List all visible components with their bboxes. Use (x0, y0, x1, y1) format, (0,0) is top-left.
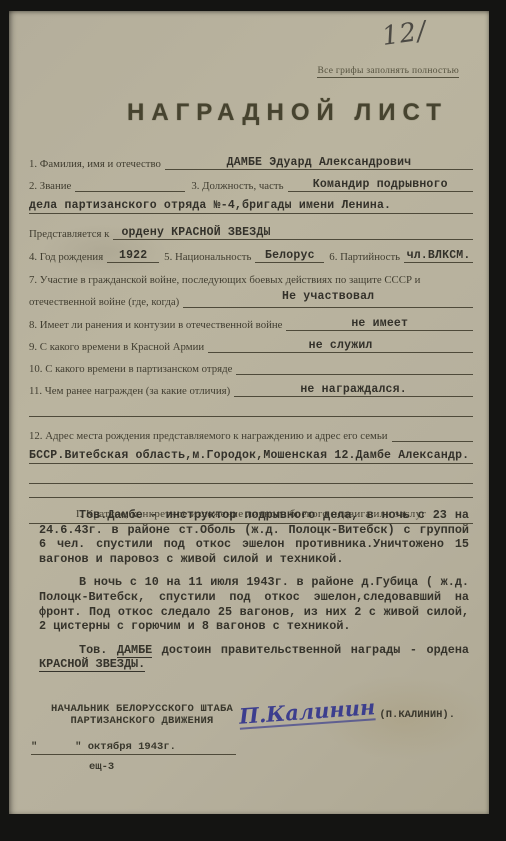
field-surname-row: 1. Фамилия, имя и отечество ДАМБЕ Эдуард… (29, 156, 473, 170)
field-nationality-label: 5. Национальность (159, 251, 255, 263)
field-prior-awards-row: 11. Чем ранее награжден (за какие отличи… (29, 383, 473, 397)
blank-rule-3 (29, 490, 473, 498)
field-wounds-line: не имеет (286, 317, 473, 331)
field-civil-war-label-line2: отечественной войне (где, когда) (29, 296, 183, 308)
field-prior-awards-line: не награждался. (234, 383, 473, 397)
field-red-army-line: не служил (208, 339, 473, 353)
field-wounds-value: не имеет (351, 317, 408, 330)
document-title: НАГРАДНОЙ ЛИСТ (127, 99, 448, 127)
citation-p3-prefix: Тов. (79, 643, 117, 657)
document-code: ещ-3 (89, 761, 477, 773)
field-red-army-value: не служил (309, 339, 373, 352)
field-red-army-label: 9. С какого времени в Красной Армии (29, 341, 208, 353)
field-civil-war-row-2: отечественной войне (где, когда) Не учас… (29, 294, 473, 308)
field-address-value: БССР.Витебская область,м.Городок,Мошенск… (29, 449, 473, 464)
blank-rule-2 (29, 470, 473, 484)
field-surname-label: 1. Фамилия, имя и отечество (29, 158, 165, 170)
citation-p3-middle: достоин правительственной награды - орде… (152, 643, 469, 657)
citation-body: Тов.Дамбе - инструктор подрывного дела, … (39, 508, 469, 681)
field-birthyear-value: 1922 (119, 249, 147, 262)
field-wounds-label: 8. Имеет ли ранения и контузии в отечест… (29, 319, 286, 331)
field-wounds-row: 8. Имеет ли ранения и контузии в отечест… (29, 317, 473, 331)
signatory-title: НАЧАЛЬНИК БЕЛОРУССКОГО ШТАБА ПАРТИЗАНСКО… (51, 703, 233, 727)
field-address-row: 12. Адрес места рождения представляемого… (29, 429, 473, 442)
signature-row: НАЧАЛЬНИК БЕЛОРУССКОГО ШТАБА ПАРТИЗАНСКО… (51, 703, 477, 727)
citation-p3-award: КРАСНОЙ ЗВЕЗДЫ. (39, 657, 145, 672)
signature-block: НАЧАЛЬНИК БЕЛОРУССКОГО ШТАБА ПАРТИЗАНСКО… (51, 703, 477, 773)
field-birthyear-line: 1922 (107, 249, 159, 263)
document-page: 12/ Все грифы заполнять полностью НАГРАД… (9, 11, 489, 814)
fill-all-fields-note: Все грифы заполнять полностью (317, 66, 459, 78)
field-partisan-since-row: 10. С какого времени в партизанском отря… (29, 362, 473, 375)
field-nationality-line: Белорус (255, 249, 324, 263)
field-civil-war-row-1: 7. Участие в гражданской войне, последую… (29, 273, 473, 286)
field-civil-war-label-line1: 7. Участие в гражданской войне, последую… (29, 274, 424, 286)
field-birth-nationality-party-row: 4. Год рождения 1922 5. Национальность Б… (29, 249, 473, 263)
field-position-value: Командир подрывного (313, 178, 448, 191)
field-civil-war-line: Не участвовал (183, 294, 473, 308)
field-rank-line (75, 191, 185, 192)
field-rank-label: 2. Звание (29, 180, 75, 192)
field-rank-position-row: 2. Звание 3. Должность, часть Командир п… (29, 178, 473, 192)
field-surname-line: ДАМБЕ Эдуард Александрович (165, 156, 473, 170)
signatory-typed-name: (П.КАЛИНИН). (379, 709, 455, 721)
field-partisan-since-label: 10. С какого времени в партизанском отря… (29, 363, 236, 375)
field-surname-value: ДАМБЕ Эдуард Александрович (227, 156, 412, 169)
field-nationality-value: Белорус (265, 249, 315, 262)
field-address-label: 12. Адрес места рождения представляемого… (29, 430, 392, 442)
signatory-title-line1: НАЧАЛЬНИК БЕЛОРУССКОГО ШТАБА (51, 703, 233, 715)
form-fields: 1. Фамилия, имя и отечество ДАМБЕ Эдуард… (29, 147, 473, 524)
date-line: " " октября 1943г. (31, 741, 236, 755)
citation-p3-surname: ДАМБЕ (117, 643, 152, 658)
field-nominated-label: Представляется к (29, 228, 113, 240)
signatory-title-line2: ПАРТИЗАНСКОГО ДВИЖЕНИЯ (51, 715, 233, 727)
field-party-line: чл.ВЛКСМ. (404, 249, 473, 263)
field-prior-awards-label: 11. Чем ранее награжден (за какие отличи… (29, 385, 234, 397)
handwritten-signature: П.Калинин (238, 696, 376, 729)
citation-paragraph-2: В ночь с 10 на 11 июля 1943г. в районе д… (39, 575, 469, 633)
blank-rule-1 (29, 403, 473, 417)
field-nominated-value: ордену КРАСНОЙ ЗВЕЗДЫ (121, 226, 270, 239)
field-nominated-line: ордену КРАСНОЙ ЗВЕЗДЫ (113, 226, 473, 240)
field-position-continuation: дела партизанского отряда №-4,бригады им… (29, 199, 473, 214)
field-position-line: Командир подрывного (288, 178, 473, 192)
field-party-label: 6. Партийность (324, 251, 404, 263)
field-civil-war-value: Не участвовал (282, 290, 374, 303)
field-party-value: чл.ВЛКСМ. (407, 249, 471, 262)
field-partisan-since-line (236, 374, 473, 375)
citation-paragraph-3: Тов. ДАМБЕ достоин правительственной наг… (39, 643, 469, 672)
citation-paragraph-1: Тов.Дамбе - инструктор подрывного дела, … (39, 508, 469, 566)
field-nominated-row: Представляется к ордену КРАСНОЙ ЗВЕЗДЫ (29, 226, 473, 240)
field-red-army-row: 9. С какого времени в Красной Армии не с… (29, 339, 473, 353)
field-address-line (392, 441, 473, 442)
field-birthyear-label: 4. Год рождения (29, 251, 107, 263)
field-prior-awards-value: не награждался. (300, 383, 407, 396)
field-position-label: 3. Должность, часть (185, 180, 287, 192)
handwritten-page-number: 12/ (380, 16, 429, 52)
